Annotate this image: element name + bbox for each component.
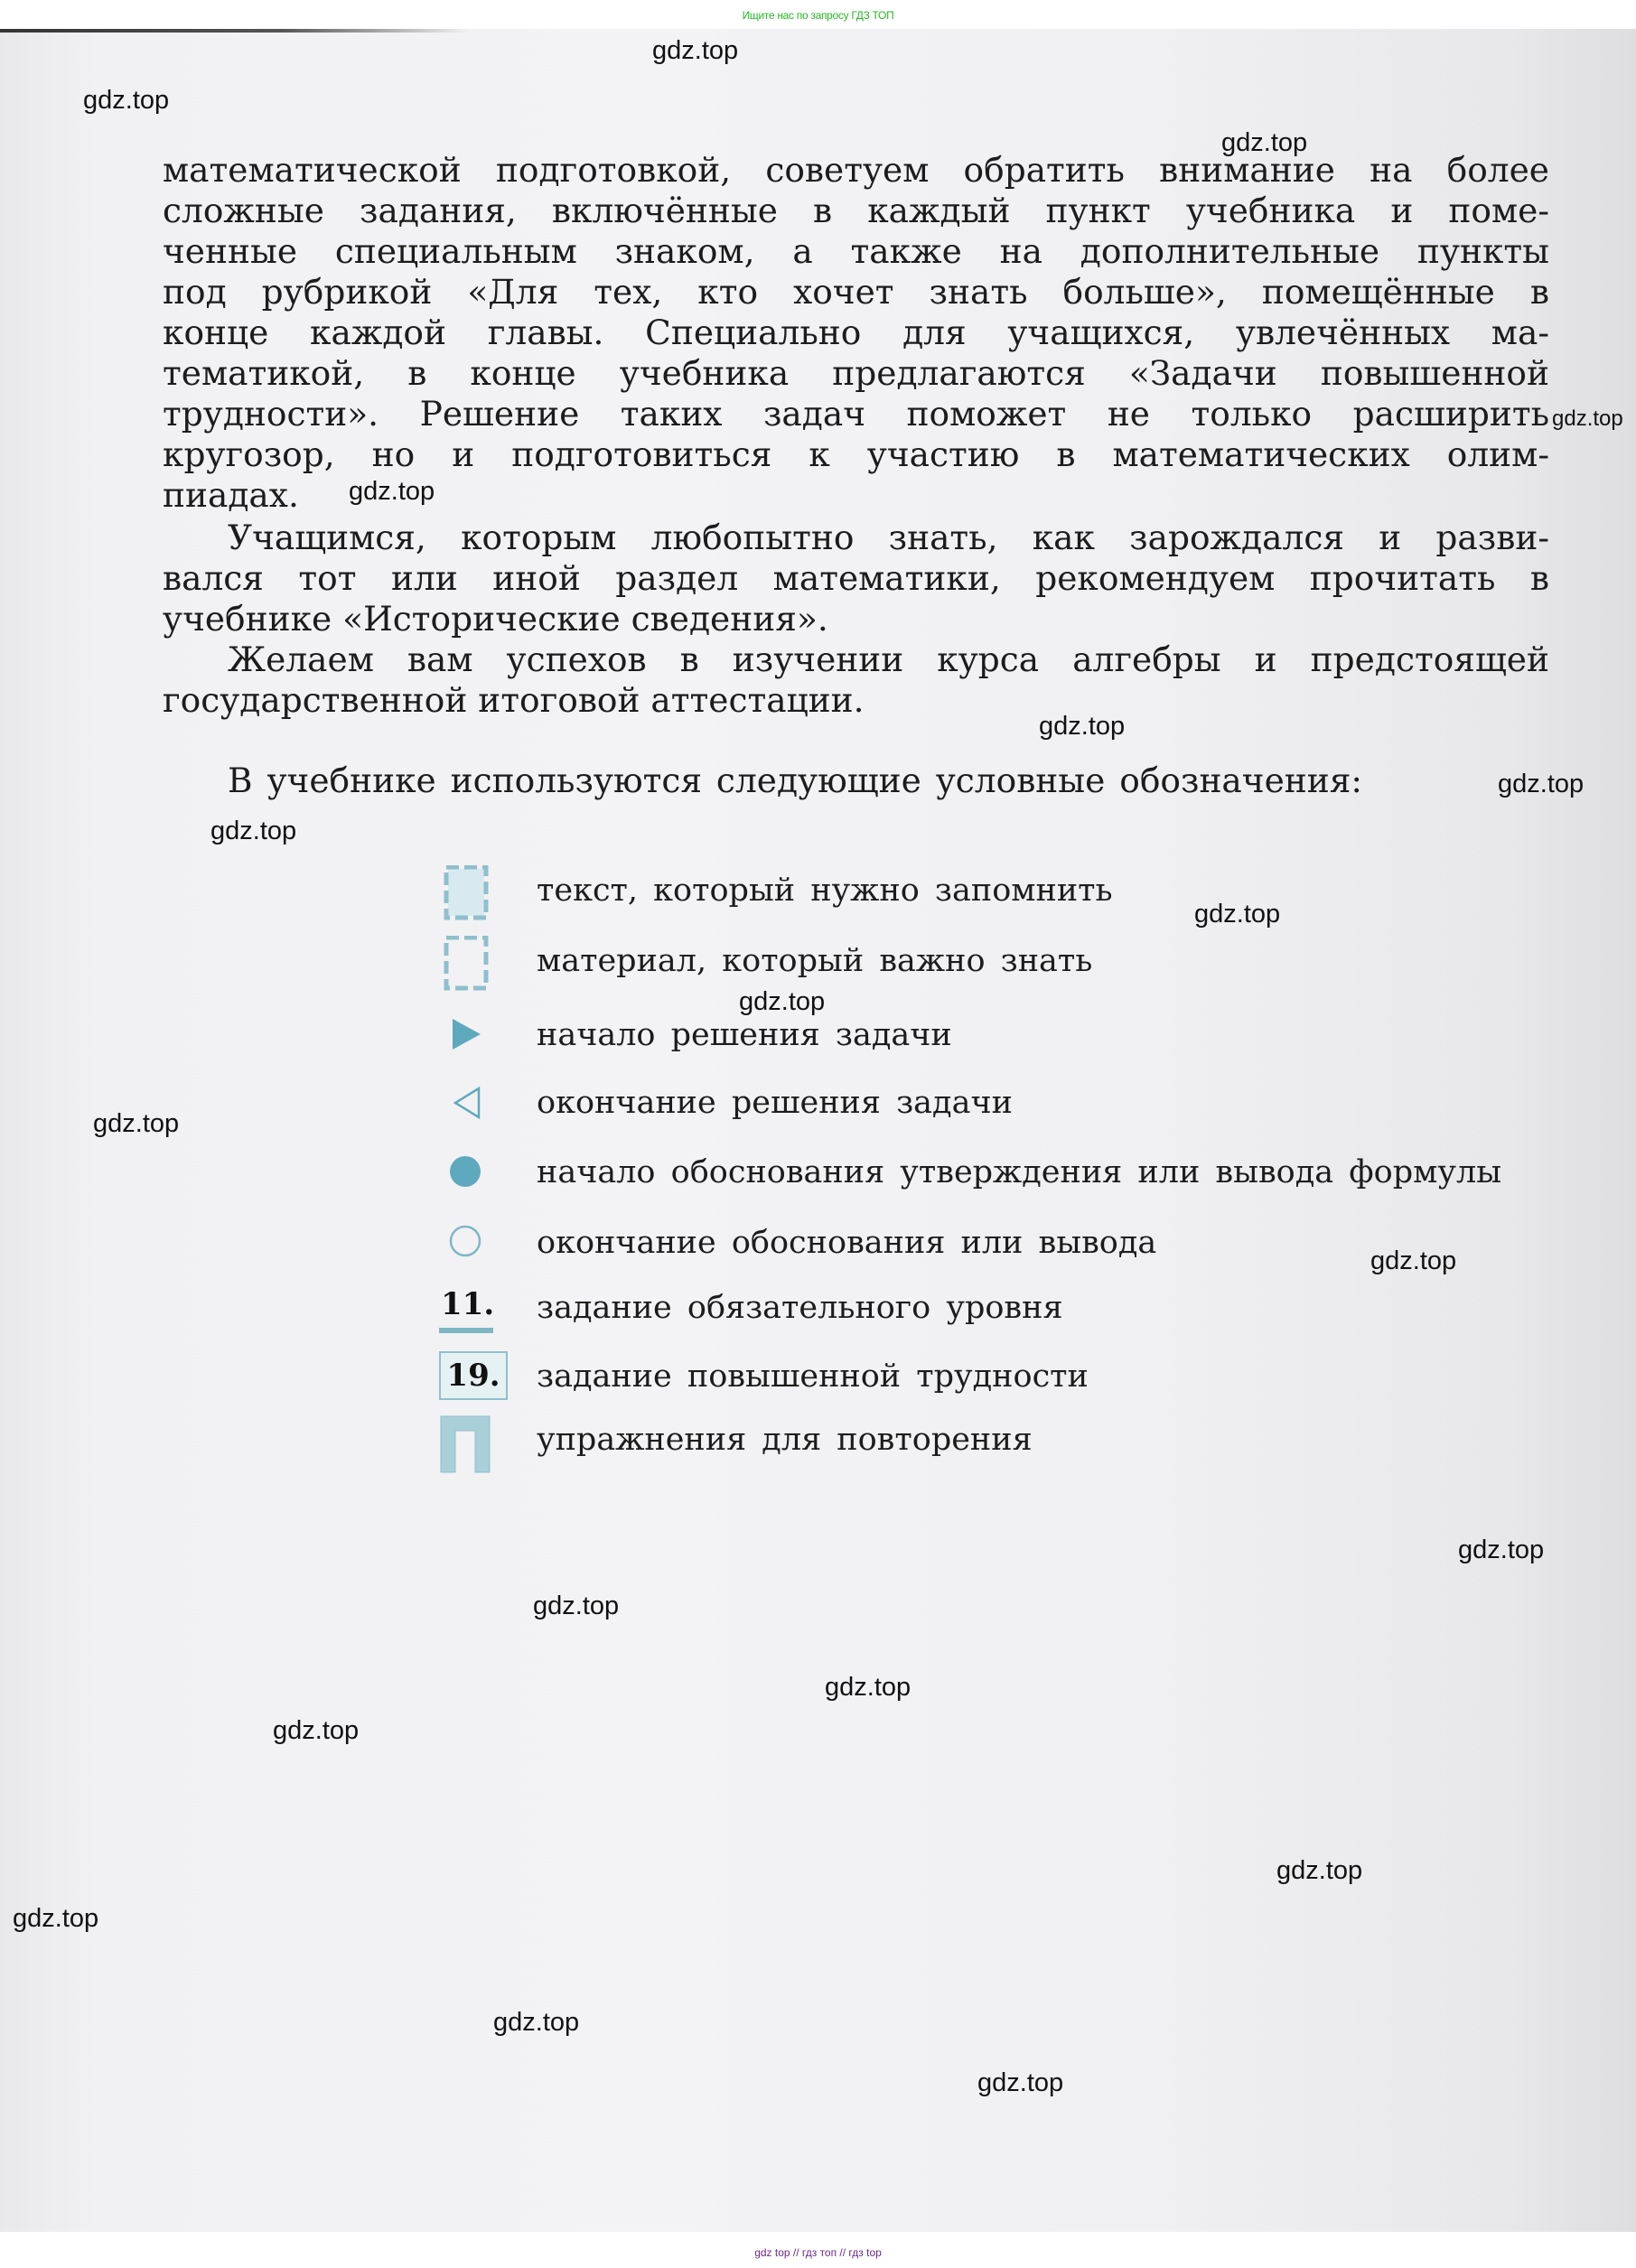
watermark: gdz.top <box>1498 770 1584 799</box>
legend-item-solution-end: окончание решения задачи <box>434 1078 1563 1132</box>
outline-circle-icon <box>434 1218 506 1272</box>
legend-item-hard-task: 19. задание повышенной трудности <box>434 1351 1563 1405</box>
filled-circle-icon <box>434 1147 506 1201</box>
watermark: gdz.top <box>1039 712 1125 742</box>
text-line: кругозор, но и подготовиться к участию в… <box>163 434 1549 475</box>
watermark: gdz.top <box>493 2008 579 2038</box>
filled-triangle-right-icon <box>434 1010 506 1064</box>
text-line: сложные задания, включённые в каждый пун… <box>163 191 1549 231</box>
text-line: трудности». Решение таких задач поможет … <box>163 394 1549 434</box>
number-underline <box>439 1328 493 1333</box>
watermark: gdz.top <box>83 86 169 116</box>
watermark: gdz.top <box>977 2068 1063 2098</box>
paragraph-advice: математической подготовкой, советуем обр… <box>163 150 1549 516</box>
bottom-banner-text: gdz top // гдз топ // гдз top <box>754 2246 882 2259</box>
bottom-banner: gdz top // гдз топ // гдз top <box>0 2232 1636 2268</box>
text-line: вался тот или иной раздел математики, ре… <box>163 558 1549 599</box>
watermark: gdz.top <box>1458 1535 1544 1565</box>
watermark: gdz.top <box>533 1591 619 1621</box>
legend-item-remember: текст, который нужно запомнить <box>434 865 1563 919</box>
watermark: gdz.top <box>1221 128 1307 158</box>
task-number: 11. <box>441 1286 494 1322</box>
legend-item-repetition: упражнения для повторения <box>434 1414 1563 1469</box>
top-banner-text: Ищите нас по запросу ГДЗ ТОП <box>743 9 894 22</box>
legend-label: задание обязательного уровня <box>537 1290 1063 1326</box>
text-line: математической подготовкой, советуем обр… <box>163 150 1549 191</box>
watermark: gdz.top <box>1194 900 1280 929</box>
watermark: gdz.top <box>210 817 296 846</box>
legend-intro: В учебнике используются следующие условн… <box>228 761 1362 800</box>
watermark: gdz.top <box>93 1109 179 1139</box>
paragraph-wishes: Желаем вам успехов в изучении курса алге… <box>163 639 1549 721</box>
watermark: gdz.top <box>273 1716 359 1746</box>
legend-label: текст, который нужно запомнить <box>537 873 1113 909</box>
watermark: gdz.top <box>1370 1246 1456 1276</box>
legend-item-proof-start: начало обоснования утверждения или вывод… <box>434 1147 1563 1201</box>
paragraph-history: Учащимся, которым любопытно знать, как з… <box>163 518 1549 639</box>
legend-label: начало обоснования утверждения или вывод… <box>537 1154 1501 1190</box>
watermark: gdz.top <box>1276 1856 1362 1886</box>
legend-item-important: материал, который важно знать <box>434 936 1563 990</box>
legend-item-required-task: 11. задание обязательного уровня <box>434 1283 1563 1337</box>
legend-label: материал, который важно знать <box>537 943 1092 979</box>
text-line: государственной итоговой аттестации. <box>163 680 1549 721</box>
outline-triangle-left-icon <box>434 1078 506 1132</box>
text-line: тематикой, в конце учебника предлагаются… <box>163 353 1549 394</box>
repetition-p-icon <box>434 1414 506 1469</box>
text-line: конце каждой главы. Специально для учащи… <box>163 313 1549 353</box>
text-line: ченные специальным знаком, а также на до… <box>163 231 1549 272</box>
watermark: gdz.top <box>739 987 825 1017</box>
legend-item-solution-start: начало решения задачи <box>434 1010 1563 1064</box>
watermark: gdz.top <box>652 36 738 66</box>
watermark: gdz.top <box>13 1904 98 1934</box>
text-line: Желаем вам успехов в изучении курса алге… <box>163 639 1549 680</box>
dashed-square-filled-icon <box>434 865 506 919</box>
legend-label: упражнения для повторения <box>537 1422 1033 1458</box>
underlined-number-icon: 11. <box>434 1283 506 1337</box>
legend-label: начало решения задачи <box>537 1017 952 1053</box>
legend-label: задание повышенной трудности <box>537 1358 1089 1395</box>
legend-label: окончание обоснования или вывода <box>537 1225 1156 1261</box>
boxed-number-icon: 19. <box>434 1351 506 1405</box>
legend-label: окончание решения задачи <box>537 1085 1013 1121</box>
top-banner: Ищите нас по запросу ГДЗ ТОП <box>0 0 1636 29</box>
watermark: gdz.top <box>349 477 435 507</box>
dashed-square-outline-icon <box>434 936 506 990</box>
text-line: Учащимся, которым любопытно знать, как з… <box>163 518 1549 558</box>
watermark: gdz.top <box>1552 406 1623 432</box>
text-line: под рубрикой «Для тех, кто хочет знать б… <box>163 272 1549 313</box>
text-line: учебнике «Исторические сведения». <box>163 599 1549 639</box>
watermark: gdz.top <box>825 1673 911 1703</box>
task-number: 19. <box>439 1351 508 1400</box>
